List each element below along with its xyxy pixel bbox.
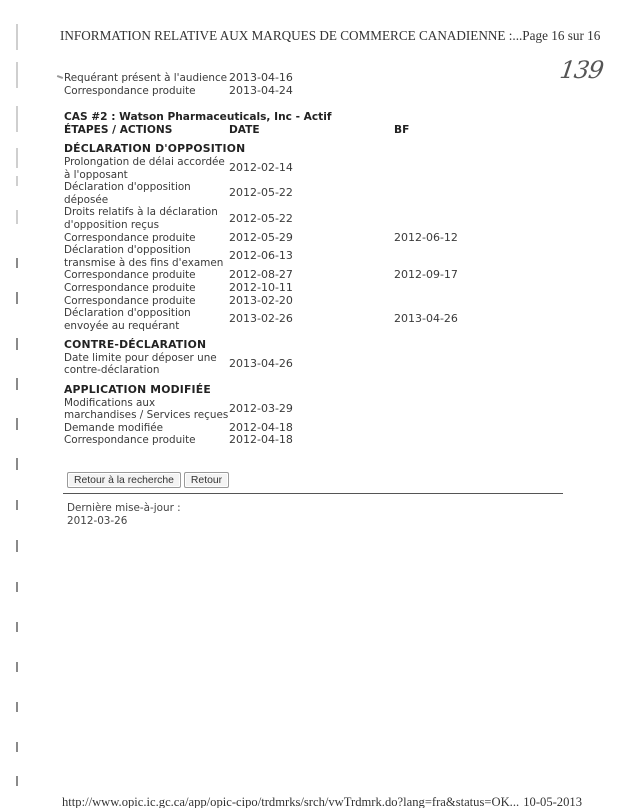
last-update-label: Dernière mise-à-jour : xyxy=(67,502,181,515)
handwritten-page-number: 139 xyxy=(558,56,605,84)
action-cell: Prolongation de délai accordée à l'oppos… xyxy=(64,156,229,181)
action-cell: Modifications aux marchandises / Service… xyxy=(64,397,229,422)
back-to-search-button[interactable]: Retour à la recherche xyxy=(67,472,181,488)
previous-case-rows: Requérant présent à l'audience2013-04-16… xyxy=(64,72,564,97)
print-header: INFORMATION RELATIVE AUX MARQUES DE COMM… xyxy=(60,28,580,44)
table-row: Requérant présent à l'audience2013-04-16 xyxy=(64,72,564,85)
date-cell: 2012-06-13 xyxy=(229,250,394,263)
action-cell: Date limite pour déposer une contre-décl… xyxy=(64,352,229,377)
table-row: Déclaration d'opposition déposée2012-05-… xyxy=(64,181,564,206)
action-cell: Correspondance produite xyxy=(64,85,229,98)
column-header-bf: BF xyxy=(394,124,409,137)
table-row: Correspondance produite2012-10-11 xyxy=(64,282,564,295)
bf-cell: 2012-09-17 xyxy=(394,269,458,282)
print-header-page: Page 16 sur 16 xyxy=(522,28,600,44)
case-title: CAS #2 : Watson Pharmaceuticals, Inc - A… xyxy=(64,111,564,124)
bf-cell: 2013-04-26 xyxy=(394,313,458,326)
action-cell: Déclaration d'opposition déposée xyxy=(64,181,229,206)
date-cell: 2013-02-20 xyxy=(229,295,394,308)
date-cell: 2013-04-16 xyxy=(229,72,394,85)
table-row: Prolongation de délai accordée à l'oppos… xyxy=(64,156,564,181)
print-footer-url: http://www.opic.ic.gc.ca/app/opic-cipo/t… xyxy=(62,795,519,808)
action-cell: Déclaration d'opposition transmise à des… xyxy=(64,244,229,269)
section-heading: APPLICATION MODIFIÉE xyxy=(64,384,564,397)
table-row: Modifications aux marchandises / Service… xyxy=(64,397,564,422)
table-row: Correspondance produite2013-04-24 xyxy=(64,85,564,98)
last-update: Dernière mise-à-jour : 2012-03-26 xyxy=(67,502,181,528)
table-row: Déclaration d'opposition envoyée au requ… xyxy=(64,307,564,332)
section-heading: DÉCLARATION D'OPPOSITION xyxy=(64,143,564,156)
button-bar: Retour à la recherche Retour xyxy=(67,472,229,488)
action-cell: Demande modifiée xyxy=(64,422,229,435)
date-cell: 2012-02-14 xyxy=(229,162,394,175)
action-cell: Correspondance produite xyxy=(64,269,229,282)
table-row: Correspondance produite2012-08-272012-09… xyxy=(64,269,564,282)
table-row: Correspondance produite2012-04-18 xyxy=(64,434,564,447)
table-row: Correspondance produite2013-02-20 xyxy=(64,295,564,308)
action-cell: Droits relatifs à la déclaration d'oppos… xyxy=(64,206,229,231)
action-cell: Correspondance produite xyxy=(64,232,229,245)
table-row: Droits relatifs à la déclaration d'oppos… xyxy=(64,206,564,231)
table-row: Déclaration d'opposition transmise à des… xyxy=(64,244,564,269)
trademark-history: Requérant présent à l'audience2013-04-16… xyxy=(64,72,564,447)
print-footer: http://www.opic.ic.gc.ca/app/opic-cipo/t… xyxy=(62,795,582,808)
column-headers: ÉTAPES / ACTIONS DATE BF xyxy=(64,124,564,137)
date-cell: 2012-05-22 xyxy=(229,187,394,200)
scan-margin-marks xyxy=(12,0,32,808)
scan-mark xyxy=(57,75,63,79)
table-row: Demande modifiée2012-04-18 xyxy=(64,422,564,435)
action-cell: Déclaration d'opposition envoyée au requ… xyxy=(64,307,229,332)
bf-cell: 2012-06-12 xyxy=(394,232,458,245)
column-header-date: DATE xyxy=(229,124,394,137)
section-heading: CONTRE-DÉCLARATION xyxy=(64,339,564,352)
back-button[interactable]: Retour xyxy=(184,472,229,488)
action-cell: Correspondance produite xyxy=(64,295,229,308)
print-header-title: INFORMATION RELATIVE AUX MARQUES DE COMM… xyxy=(60,28,522,44)
date-cell: 2012-10-11 xyxy=(229,282,394,295)
action-cell: Correspondance produite xyxy=(64,434,229,447)
date-cell: 2012-03-29 xyxy=(229,403,394,416)
print-footer-date: 10-05-2013 xyxy=(523,795,582,808)
action-cell: Requérant présent à l'audience xyxy=(64,72,229,85)
table-row: Date limite pour déposer une contre-décl… xyxy=(64,352,564,377)
date-cell: 2013-04-24 xyxy=(229,85,394,98)
date-cell: 2013-02-26 xyxy=(229,313,394,326)
date-cell: 2013-04-26 xyxy=(229,358,394,371)
date-cell: 2012-05-29 xyxy=(229,232,394,245)
last-update-date: 2012-03-26 xyxy=(67,515,181,528)
column-header-actions: ÉTAPES / ACTIONS xyxy=(64,124,229,137)
divider xyxy=(63,493,563,494)
date-cell: 2012-05-22 xyxy=(229,213,394,226)
table-row: Correspondance produite2012-05-292012-06… xyxy=(64,232,564,245)
action-cell: Correspondance produite xyxy=(64,282,229,295)
date-cell: 2012-04-18 xyxy=(229,434,394,447)
case-sections: DÉCLARATION D'OPPOSITIONProlongation de … xyxy=(64,143,564,447)
